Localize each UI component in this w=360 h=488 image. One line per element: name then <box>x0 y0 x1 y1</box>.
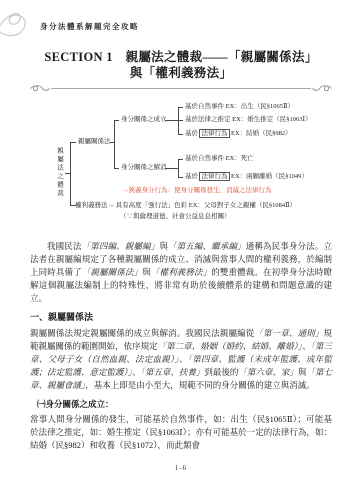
boxed-term: 法律行為 <box>199 129 230 138</box>
boxed-term: 法律行為 <box>199 172 230 181</box>
connector-line <box>178 120 183 121</box>
quoted-term: 「第五章、扶養」 <box>141 367 205 377</box>
body-paragraph: 我國民法「第四編、親屬編」與「第五編、繼承編」通稱為民事身分法。立法者在親屬編規… <box>30 240 332 305</box>
section-title: SECTION 1 親屬法之體裁——「親屬關係法」 與「權利義務法」 <box>30 49 332 81</box>
body-run: 與 <box>159 241 168 251</box>
quoted-term: 「第二章、婚姻（婚約、結婚、離婚）」 <box>158 341 303 351</box>
connector-line <box>178 134 183 135</box>
section-title-line2: 與「權利義務法」 <box>30 65 332 81</box>
connector-line <box>70 142 71 206</box>
connector-line <box>178 159 179 177</box>
connector-line <box>165 120 178 121</box>
quoted-term: 「權利義務法」 <box>151 267 211 277</box>
book-title: 身分法體系解題完全攻略 <box>40 21 139 32</box>
flourish-icon <box>0 10 44 45</box>
tree-leaf: 基於法律行為EX：結婚（民§982） <box>185 130 292 138</box>
connector-line <box>165 168 178 169</box>
body-run: ，基本上即是由小至大，規範不同的身分關係的建立與消滅。 <box>85 380 315 390</box>
subsection-heading: ㈠身分關係之成立： <box>37 398 332 411</box>
divider-line <box>51 88 311 89</box>
section-title-line1: SECTION 1 親屬法之體裁——「親屬關係法」 <box>30 49 332 65</box>
page-header: 身分法體系解題完全攻略 <box>30 16 332 36</box>
connector-line <box>114 120 115 168</box>
tree-leaf: 基於法律行為EX：兩願離婚（民§1049） <box>185 173 308 181</box>
page-number: 1-6 <box>30 464 332 472</box>
body-paragraph: 親屬關係法規定親屬關係的成立與解消。我國民法親屬編從「第一章、通則」規範親屬關係… <box>30 327 332 392</box>
body-run: 與 <box>142 267 151 277</box>
connector-line <box>178 177 183 178</box>
connector-line <box>114 168 119 169</box>
leaf-text: 基於 <box>185 173 198 180</box>
connector-line <box>178 107 183 108</box>
book-page: 身分法體系解題完全攻略 SECTION 1 親屬法之體裁——「親屬關係法」 與「… <box>0 0 360 488</box>
leaf-text: EX：兩願離婚（民§1049） <box>231 173 308 180</box>
body-run: 、 <box>179 354 188 364</box>
quoted-term: 「第五編、繼承編」 <box>168 241 246 251</box>
body-run: 我國民法 <box>47 241 82 251</box>
body-run: 、 <box>132 367 141 377</box>
quoted-term: 「第一章、通則」 <box>254 328 323 338</box>
quoted-term: 「親屬關係法」 <box>82 267 142 277</box>
body-run: 到最後的 <box>204 367 238 377</box>
tree-branch-note: （∵與倫理道德、社會公益息息相關） <box>120 213 231 221</box>
tree-root-label: 親屬法之體裁 <box>55 147 63 198</box>
tree-leaf: 基於法律之推定 EX：婚生推定（民§1063Ⅰ） <box>185 116 312 124</box>
quoted-term: 「第四編、親屬編」 <box>82 241 160 251</box>
body-text: 我國民法「第四編、親屬編」與「第五編、繼承編」通稱為民事身分法。立法者在親屬編規… <box>30 240 332 452</box>
divider-ornament-right-icon <box>312 80 332 98</box>
connector-line <box>70 142 76 143</box>
leaf-text: EX：結婚（民§982） <box>231 130 292 137</box>
body-run: 親屬關係法規定親屬關係的成立與解消。我國民法親屬編從 <box>30 328 254 338</box>
divider-ornament-left-icon <box>30 80 50 98</box>
connector-line <box>178 159 183 160</box>
tree-leaf: 基於自然事件 EX：死亡 <box>185 155 254 163</box>
tree-branch-label: 親屬關係法 <box>78 138 111 146</box>
tree-group-label: 身分關係之成立 <box>121 116 167 124</box>
body-run: 、 <box>302 341 311 351</box>
section-heading: 一、親屬關係法 <box>30 311 332 324</box>
quoted-term: 「第六章、家」 <box>238 367 298 377</box>
tree-red-note: →狹義身分行為：使身分關係發生、消滅之法律行為 <box>122 187 272 195</box>
connector-line <box>114 120 119 121</box>
tree-branch-label: 權利義務法→ 具有高度「強行法」色彩 EX：父母對子女之親權（民§1084Ⅱ） <box>75 202 296 210</box>
leaf-text: 基於 <box>185 130 198 137</box>
title-divider <box>30 84 332 93</box>
tree-diagram: 親屬法之體裁 親屬關係法 身分關係之成立 基於自然事件 EX：出生（民§1065… <box>30 103 332 227</box>
tree-leaf: 基於自然事件 EX：出生（民§1065Ⅱ） <box>185 103 294 111</box>
body-paragraph: 當事人間身分關係的發生，可能基於自然事件，如：出生（民§1065Ⅱ）；可能基於法… <box>30 413 332 452</box>
tree-group-label: 身分關係之解消 <box>121 164 167 172</box>
